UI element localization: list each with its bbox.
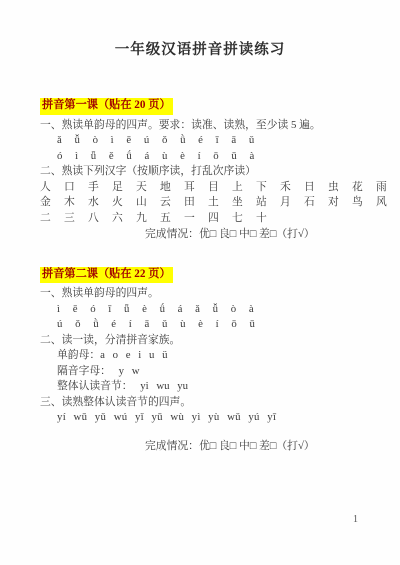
lesson1-hanzi-row-2: 金 木 水 火 山 云 田 土 坐 站 月 石 对 鸟 风: [40, 195, 360, 211]
section-lesson1: 拼音第一课（贴在 20 页） 一、熟读单韵母的四声。要求：读准、读熟，至少读 5…: [40, 98, 360, 243]
lesson2-pinyin-row-1: ì ē ó ī ǖ è ǘ á ǎ ǚ ò à: [40, 302, 360, 318]
page-title: 一年级汉语拼音拼读练习: [0, 0, 400, 59]
worksheet-content: 拼音第一课（贴在 20 页） 一、熟读单韵母的四声。要求：读准、读熟，至少读 5…: [0, 98, 400, 454]
lesson1-numbers-row: 二 三 八 六 九 五 一 四 七 十: [40, 211, 360, 227]
lesson1-hanzi-row-1: 人 口 手 足 天 地 耳 目 上 下 禾 日 虫 花 雨: [40, 180, 360, 196]
lesson2-instruction-2: 二、读一读，分清拼音家族。: [40, 333, 360, 349]
page-number: 1: [353, 514, 358, 525]
lesson1-instruction-1: 一、熟读单韵母的四声。要求：读准、读熟，至少读 5 遍。: [40, 118, 360, 134]
lesson2-instruction-1: 一、熟读单韵母的四声。: [40, 286, 360, 302]
lesson2-family-vowels: 单韵母：a o e i u ü: [40, 348, 360, 364]
section-lesson2: 拼音第二课（贴在 22 页） 一、熟读单韵母的四声。 ì ē ó ī ǖ è ǘ…: [40, 267, 360, 455]
lesson1-completion-status: 完成情况：优□ 良□ 中□ 差□（打√）: [40, 227, 360, 243]
lesson2-pinyin-row-2: ú ǒ ǜ é í ā ǔ ù è í ō ū: [40, 317, 360, 333]
lesson1-pinyin-row-1: ǎ ǚ ò ì ē ú ǒ ǜ é ī ā ǔ: [40, 133, 360, 149]
lesson2-instruction-3: 三、读熟整体认读音节的四声。: [40, 395, 360, 411]
lesson1-header: 拼音第一课（贴在 20 页）: [40, 98, 173, 115]
lesson2-family-syllables: 整体认读音节： yi wu yu: [40, 379, 360, 395]
lesson1-instruction-2: 二、熟读下列汉字（按顺序读，打乱次序读）: [40, 164, 360, 180]
lesson2-completion-status: 完成情况：优□ 良□ 中□ 差□（打√）: [40, 439, 360, 455]
lesson1-pinyin-row-2: ó ì ǖ ě ǘ á ù è í ō ū à: [40, 149, 360, 165]
lesson2-syllable-row: yí wū yǔ wú yǐ yū wù yì yù wǔ yú yī: [40, 410, 360, 426]
lesson2-family-separators: 隔音字母： y w: [40, 364, 360, 380]
worksheet-page: 一年级汉语拼音拼读练习 拼音第一课（贴在 20 页） 一、熟读单韵母的四声。要求…: [0, 0, 400, 565]
lesson2-header: 拼音第二课（贴在 22 页）: [40, 267, 173, 284]
